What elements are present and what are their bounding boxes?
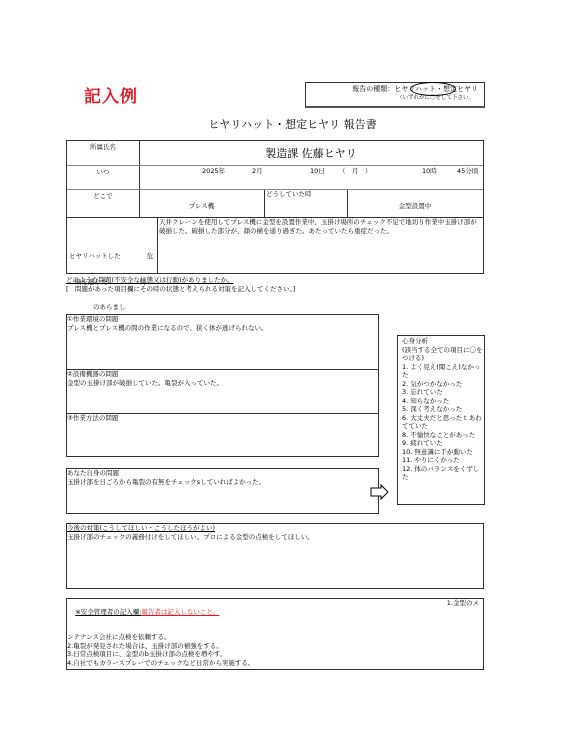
- future-measures-label: 今後の対策(こうしてほしい・こうしたほうがよい): [67, 524, 483, 533]
- safety-manager-line: 3.日常点検項目に、金型のb玉掛け部の点検を増やす。: [67, 650, 483, 659]
- self-problem-label: あなた自身の問題: [67, 469, 378, 478]
- example-label: 記入例: [84, 82, 138, 107]
- summary-value[interactable]: 天井クレーンを使用してプレス機に金型を設置作業中、玉掛け場所のチェック不足で地切…: [159, 218, 481, 235]
- safety-manager-line: ンテナンス会社に点検を依頼する。: [67, 633, 483, 642]
- future-measures-box[interactable]: 今後の対策(こうしてほしい・こうしたほうがよい) 玉掛け部のチェックの義務付けを…: [66, 523, 484, 589]
- mind-analysis-instruction: (該当する全ての項目に〇をつける): [402, 346, 484, 363]
- mind-analysis-box: 心身分析 (該当する全ての項目に〇をつける) 1. よく見え(聞こえ)なかった2…: [397, 335, 485, 505]
- page-title: ヒヤリハット・想定ヒヤリ 報告書: [0, 116, 585, 132]
- mind-analysis-item[interactable]: 3. 忘れていた: [402, 388, 484, 397]
- problem-instruction: [ 問題があった項目欄にその時の状態と考えられる対策を記入してください。]: [66, 285, 295, 294]
- mind-analysis-item[interactable]: 2. 気がつかなかった: [402, 380, 484, 389]
- when-minute[interactable]: 45分頃: [457, 167, 478, 176]
- mind-analysis-item[interactable]: 5. 深く考えなかった: [402, 405, 484, 414]
- mind-analysis-item[interactable]: 4. 知らなかった: [402, 397, 484, 406]
- when-year[interactable]: 2025年: [202, 167, 225, 176]
- safety-manager-line: 2.亀裂が発見された場合は、玉掛け部の補強をする。: [67, 642, 483, 651]
- doing-label: どうしていた時: [266, 190, 312, 199]
- problems-box: ①作業環境の問題 プレス機とプレス機の間の作業になるので、狭く体が逃げられない。…: [66, 314, 379, 457]
- when-day[interactable]: 10日: [310, 167, 325, 176]
- report-type-note: （いずれかに〇をして下さい。: [397, 93, 474, 101]
- when-weekday[interactable]: （ 月 ）: [339, 167, 372, 176]
- when-label: いつ: [67, 167, 139, 176]
- where-value[interactable]: プレス機: [139, 201, 264, 210]
- problem-prompt: どのような問題(不安全な状態又は行動)がありましたか。: [66, 276, 234, 285]
- mind-analysis-item[interactable]: 12. 体のバランスをくずした: [402, 465, 484, 482]
- problem-method[interactable]: ③作業方法の問題: [67, 414, 378, 456]
- mind-analysis-item[interactable]: 9. 疲れていた: [402, 439, 484, 448]
- when-hour[interactable]: 10時: [422, 167, 437, 176]
- mind-analysis-title: 心身分析: [402, 337, 484, 346]
- safety-manager-line: 4.自社でもカラースプレーでのチェックなど日常から実施する。: [67, 659, 483, 668]
- report-form-grid: 所属氏名 製造課 佐藤ヒヤリ いつ 2025年 2月 10日 （ 月 ） 10時…: [66, 140, 484, 274]
- safety-manager-warning: 報告者は記入しないこと。: [141, 608, 219, 616]
- safety-manager-box[interactable]: ※安全管理者の記入欄:報告者は記入しないこと。 1.金型のメ ンテナンス会社に点…: [66, 598, 484, 670]
- future-measures-value: 玉掛け部のチェックの義務付けをしてほしい。プロによる金型の点検をしてほしい。: [67, 533, 483, 542]
- safety-manager-line-1-start: 1.金型のメ: [447, 599, 479, 608]
- problem-environment[interactable]: ①作業環境の問題 プレス機とプレス機の間の作業になるので、狭く体が逃げられない。: [67, 315, 378, 370]
- report-type-box: 報告の種類：ヒヤリハット・想定ヒヤリ （いずれかに〇をして下さい。: [305, 82, 485, 108]
- mind-analysis-list: 1. よく見え(聞こえ)なかった2. 気がつかなかった3. 忘れていた4. 知ら…: [402, 363, 484, 482]
- mind-analysis-item[interactable]: 8. 不愉快なことがあった: [402, 431, 484, 440]
- mind-analysis-item[interactable]: 6. 大丈夫だと思ったｔあわてていた: [402, 414, 484, 431]
- safety-manager-lines: ンテナンス会社に点検を依頼する。2.亀裂が発見された場合は、玉掛け部の補強をする…: [67, 633, 483, 667]
- self-problem-value: 玉掛け部を日ごろから亀裂の有無をチェックsしていればよかった。: [67, 478, 378, 487]
- affiliation-value[interactable]: 製造課 佐藤ヒヤリ: [139, 145, 483, 161]
- mind-analysis-item[interactable]: 11. やりにくかった: [402, 456, 484, 465]
- self-problem-box[interactable]: あなた自身の問題 玉掛け部を日ごろから亀裂の有無をチェックsしていればよかった。: [66, 468, 379, 514]
- when-month[interactable]: 2月: [252, 167, 263, 176]
- affiliation-label: 所属氏名: [67, 142, 139, 151]
- arrow-right-icon: [370, 484, 390, 500]
- report-type-label: 報告の種類：: [352, 85, 394, 93]
- mind-analysis-item[interactable]: 10. 無意識に手が動いた: [402, 448, 484, 457]
- doing-value[interactable]: 金型設置中: [347, 201, 483, 210]
- mind-analysis-item[interactable]: 1. よく見え(聞こえ)なかった: [402, 363, 484, 380]
- safety-manager-label: ※安全管理者の記入欄:: [75, 608, 141, 616]
- problem-equipment[interactable]: ②設備機器の問題 金型の玉掛け部が破損していた。亀裂が入っていた。: [67, 370, 378, 414]
- where-label: どこで: [67, 191, 139, 200]
